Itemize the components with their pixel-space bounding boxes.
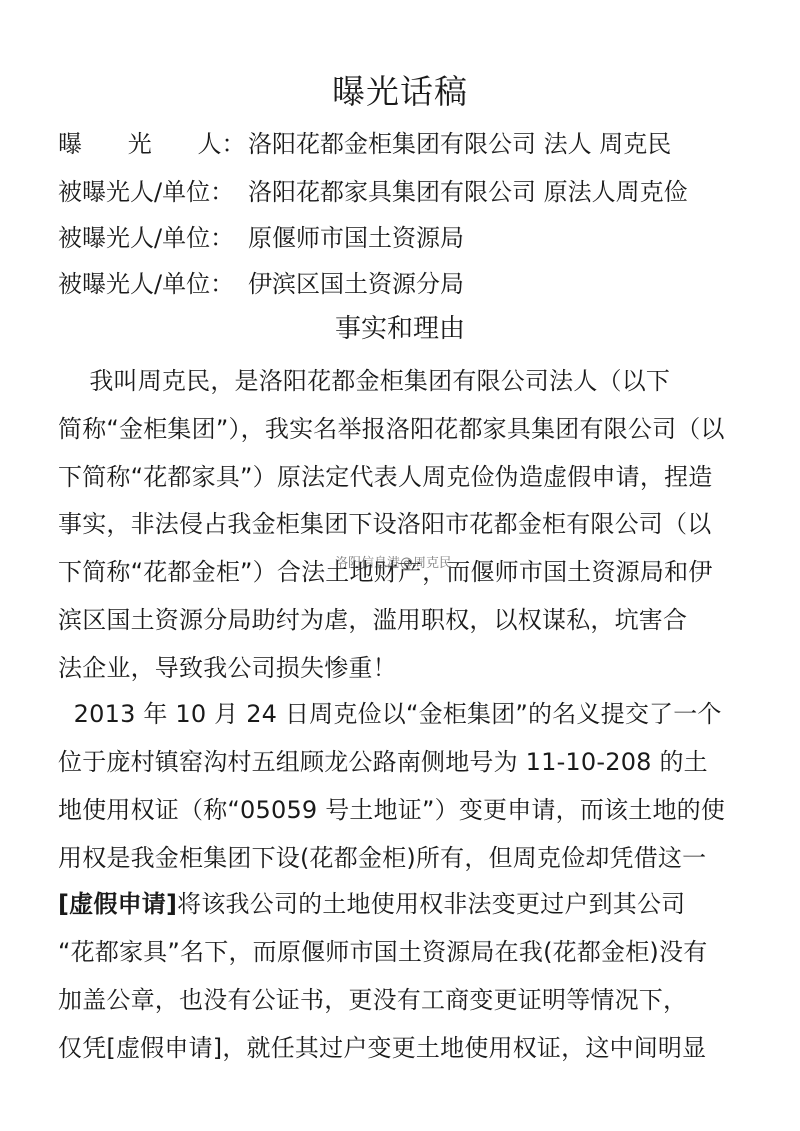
body-line: 法企业，导致我公司损失惨重！ [58,652,742,684]
document-page: 曝光话稿 曝 光 人：洛阳花都金柜集团有限公司 法人 周克民 被曝光人/单位：洛… [0,0,800,1131]
meta-label: 被曝光人/单位： [58,222,248,254]
meta-value: 原偃师市国土资源局 [248,222,464,254]
body-line: 2013 年 10 月 24 日周克俭以“金柜集团”的名义提交了一个 [58,698,742,730]
meta-label: 曝 光 人： [58,128,248,160]
meta-row-exposed-1: 被曝光人/单位：洛阳花都家具集团有限公司 原法人周克俭 [58,176,688,208]
body-line: 滨区国土资源分局助纣为虐，滥用职权，以权谋私，坑害合 [58,604,742,636]
body-line: 简称“金柜集团”），我实名举报洛阳花都家具集团有限公司（以 [58,413,742,445]
section-title: 事实和理由 [0,310,800,348]
body-text: 将该我公司的土地使用权非法变更过户到其公司 [177,890,685,918]
meta-label: 被曝光人/单位： [58,176,248,208]
body-line: 位于庞村镇窑沟村五组顾龙公路南侧地号为 11-10-208 的土 [58,746,742,778]
body-line: 地使用权证（称“05059 号土地证”）变更申请，而该土地的使 [58,794,742,826]
body-line: 仅凭[虚假申请]，就任其过户变更土地使用权证，这中间明显 [58,1032,742,1064]
body-line: 我叫周克民，是洛阳花都金柜集团有限公司法人（以下 [58,365,742,397]
meta-value: 洛阳花都金柜集团有限公司 法人 周克民 [248,128,671,160]
body-line: 用权是我金柜集团下设(花都金柜)所有，但周克俭却凭借这一 [58,842,742,874]
body-line: “花都家具”名下，而原偃师市国土资源局在我(花都金柜)没有 [58,936,742,968]
body-line: 事实，非法侵占我金柜集团下设洛阳市花都金柜有限公司（以 [58,508,742,540]
meta-row-exposer: 曝 光 人：洛阳花都金柜集团有限公司 法人 周克民 [58,128,671,160]
watermark: 洛阳信息港@周克民 [335,556,452,572]
meta-row-exposed-2: 被曝光人/单位：原偃师市国土资源局 [58,222,464,254]
meta-value: 洛阳花都家具集团有限公司 原法人周克俭 [248,176,688,208]
body-line-bold-start: [虚假申请]将该我公司的土地使用权非法变更过户到其公司 [58,888,742,920]
meta-label: 被曝光人/单位： [58,268,248,300]
body-line: 下简称“花都家具”）原法定代表人周克俭伪造虚假申请，捏造 [58,461,742,493]
meta-row-exposed-3: 被曝光人/单位：伊滨区国土资源分局 [58,268,464,300]
document-title: 曝光话稿 [0,70,800,114]
meta-value: 伊滨区国土资源分局 [248,268,464,300]
bold-emphasis: [虚假申请] [58,890,177,918]
body-line: 加盖公章，也没有公证书，更没有工商变更证明等情况下， [58,984,742,1016]
